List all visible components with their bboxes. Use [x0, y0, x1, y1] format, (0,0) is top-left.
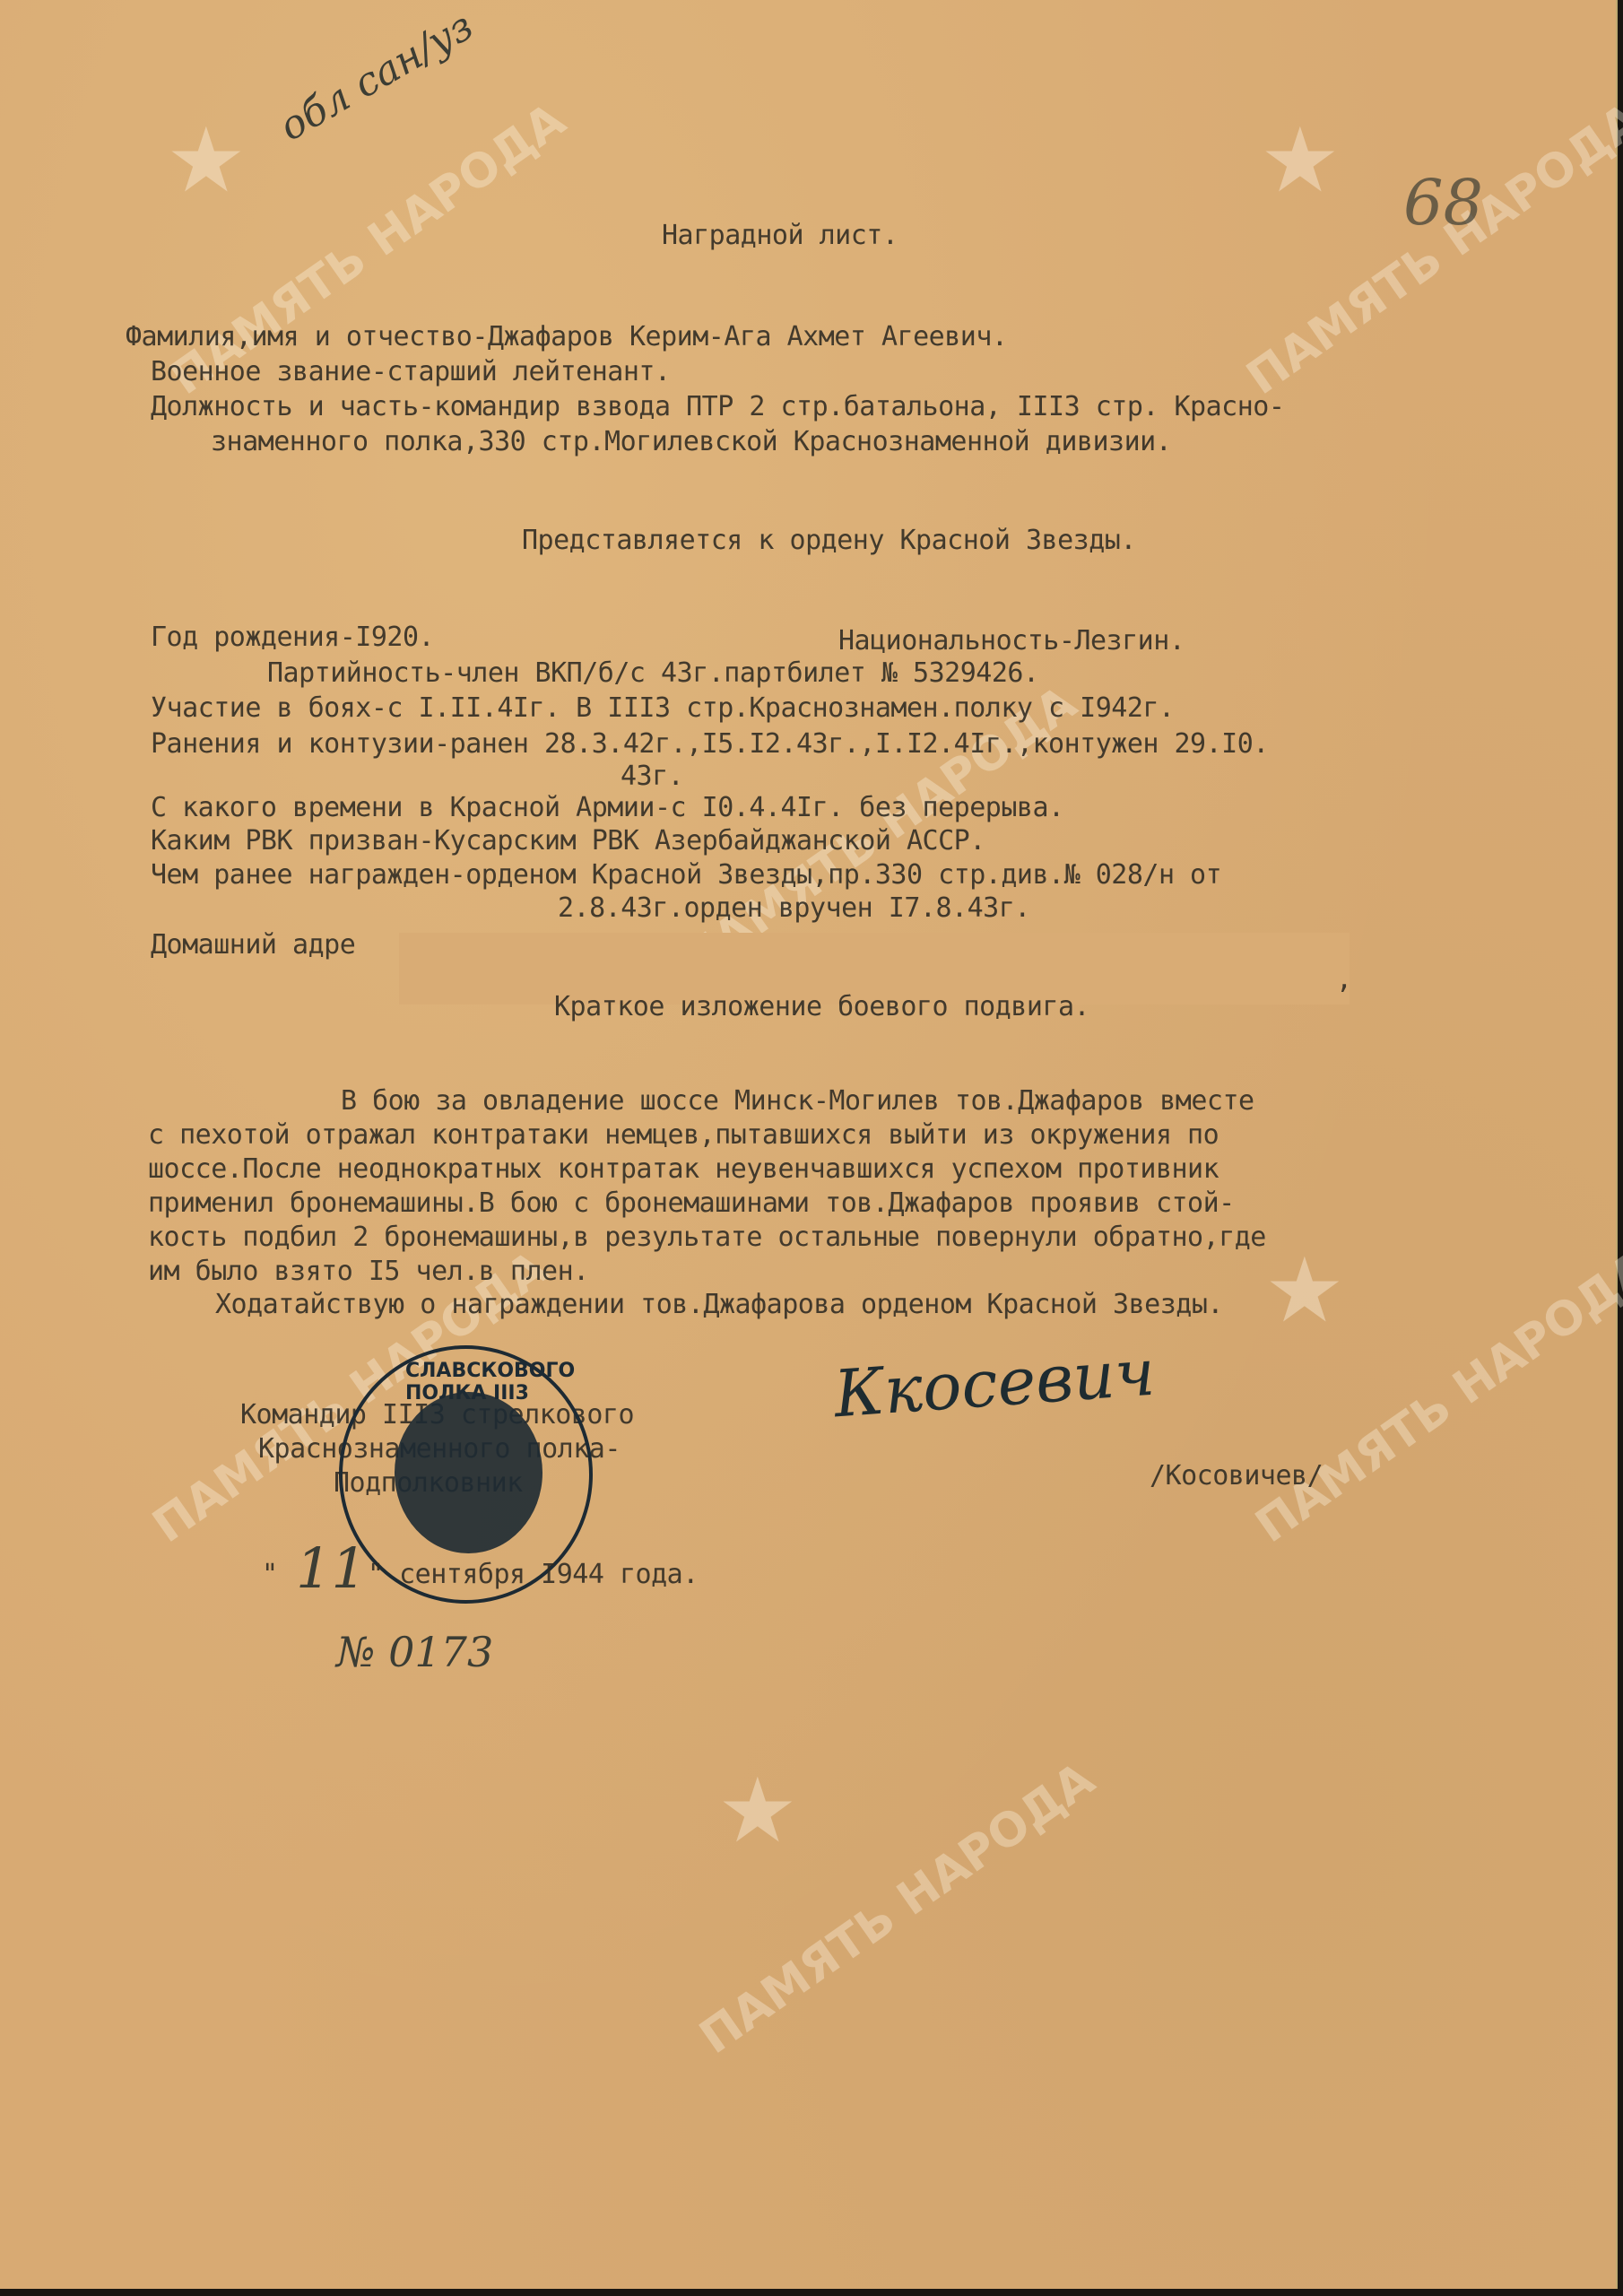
watermark-star-icon: ★ — [166, 108, 247, 213]
handwritten-note: обл сан/уз — [272, 4, 481, 151]
signatory-name: /Косовичев/ — [1150, 1460, 1323, 1492]
watermark-star-icon: ★ — [717, 1758, 798, 1863]
date-month-year: " сентября I944 года. — [368, 1559, 699, 1590]
field-position: Должность и часть-командир взвода ПТР 2 … — [151, 391, 1284, 422]
field-name: Фамилия,имя и отчество-Джафаров Керим-Аг… — [126, 321, 1007, 352]
field-birth-year: Год рождения-I920. — [151, 622, 434, 653]
watermark-star-icon: ★ — [1264, 1238, 1345, 1343]
feat-line: шоссе.После неоднократных контратак неув… — [148, 1153, 1219, 1185]
field-position-cont: знаменного полка,330 стр.Могилевской Кра… — [211, 426, 1171, 457]
stamp-emblem-icon — [395, 1392, 542, 1553]
field-wounds-cont: 43г. — [621, 761, 683, 792]
feat-heading: Краткое изложение боевого подвига. — [554, 991, 1089, 1022]
punctuation: , — [1336, 964, 1352, 996]
registration-number: № 0173 — [336, 1628, 493, 1676]
nominated-for: Представляется к ордену Красной Звезды. — [522, 525, 1136, 556]
field-combat-participation: Участие в боях-с I.II.4Iг. В III3 стр.Кр… — [151, 692, 1175, 724]
handwritten-page-number: 68 — [1403, 166, 1483, 239]
field-drafted-by: Каким РВК призван-Кусарским РВК Азербайд… — [151, 825, 985, 857]
field-rank: Военное звание-старший лейтенант. — [151, 356, 671, 387]
feat-line: им было взято I5 чел.в плен. — [148, 1256, 589, 1287]
stamp-text: СЛАВСКОВОГО ПОЛКА III3 — [405, 1360, 589, 1405]
field-party: Партийность-член ВКП/б/с 43г.партбилет №… — [267, 657, 1039, 689]
field-wounds: Ранения и контузии-ранен 28.3.42г.,I5.I2… — [151, 728, 1269, 760]
field-nationality: Национальность-Лезгин. — [838, 625, 1185, 657]
field-previous-awards: Чем ранее награжден-орденом Красной Звез… — [151, 859, 1221, 891]
feat-line: применил бронемашины.В бою с бронемашина… — [148, 1187, 1235, 1219]
watermark-star-icon: ★ — [1260, 108, 1341, 213]
award-sheet-page: ★ ПАМЯТЬ НАРОДА ★ ПАМЯТЬ НАРОДА ПАМЯТЬ Н… — [0, 0, 1618, 2289]
date-quote: " — [262, 1559, 278, 1590]
handwritten-signature: Ккосевич — [832, 1335, 1158, 1432]
feat-line: кость подбил 2 бронемашины,в результате … — [148, 1222, 1266, 1253]
field-service-since: С какого времени в Красной Армии-с I0.4.… — [151, 792, 1064, 823]
field-previous-awards-cont: 2.8.43г.орден вручен I7.8.43г. — [558, 892, 1030, 924]
document-title: Наградной лист. — [662, 220, 898, 251]
date-day: 11 — [296, 1535, 367, 1601]
feat-recommendation: Ходатайствую о награждении тов.Джафарова… — [215, 1289, 1223, 1320]
field-home-address-label: Домашний адре — [151, 929, 355, 961]
feat-line: В бою за овладение шоссе Минск-Могилев т… — [341, 1085, 1254, 1117]
feat-line: с пехотой отражал контратаки немцев,пыта… — [148, 1119, 1219, 1151]
